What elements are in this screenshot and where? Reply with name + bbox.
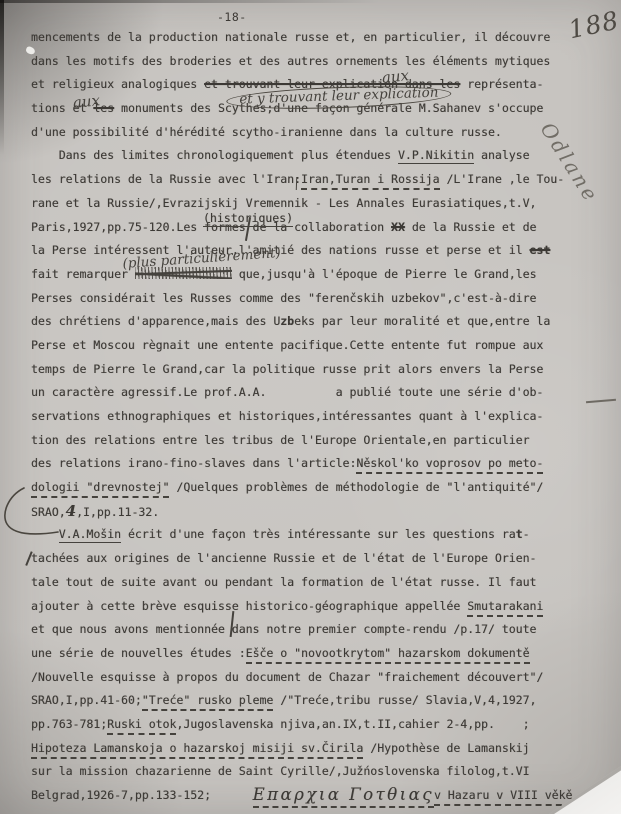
handwritten-aux-1: aux [381, 66, 410, 87]
text-line-14: Perse et Moscou règnait une entente paci… [31, 334, 606, 358]
folio-number: 188 [566, 5, 621, 44]
page-number: -18- [217, 10, 247, 24]
text-line-13: des chrétiens d'apparence,mais des Uzbek… [31, 310, 606, 334]
text-line-6: Dans des limites chronologiquement plus … [31, 144, 606, 168]
scanned-page: -18- mencements de la production nationa… [0, 0, 621, 814]
text-line-22: V.A.Mošin écrit d'une façon très intéres… [31, 523, 606, 547]
text-line-29: SRAO,I,pp.41-60;"Treće" rusko pleme /"Tr… [31, 689, 606, 713]
text-block: mencements de la production nationale ru… [31, 26, 606, 808]
text-line-17: servations ethnographiques et historique… [31, 405, 606, 429]
text-line-15: temps de Pierre le Grand,car la politiqu… [31, 358, 606, 382]
text-line-25: ajouter à cette brève esquisse historico… [31, 595, 606, 619]
text-line-12: Perses considérait les Russes comme des … [31, 287, 606, 311]
text-line-32: sur la mission chazarienne de Saint Cyri… [31, 760, 606, 784]
text-line-8: rane et la Russie/,Evrazijskij Vremennik… [31, 192, 606, 216]
text-line-33: Belgrad,1926-7,pp.133-152; Επαρχια Γοτθι… [31, 784, 606, 808]
text-line-31: Hipoteza Lamanskoja o hazarskoj misiji s… [31, 737, 606, 761]
text-line-20: dologii "drevnostej" /Quelques problèmes… [31, 476, 606, 500]
text-line-16: un caractère agressif.Le prof.A.A. a pub… [31, 381, 606, 405]
text-line-7: les relations de la Russie avec l'Iran:I… [31, 168, 606, 192]
text-line-11: fait remarquer que,jusqu'à l'époque de P… [31, 263, 606, 287]
text-line-28: /Nouvelle esquisse à propos du document … [31, 666, 606, 690]
text-line-21: SRAO,4,I,pp.11-32. [31, 500, 606, 524]
text-line-24: tale tout de suite avant ou pendant la f… [31, 571, 606, 595]
text-line-18: tion des relations entre les tribus de l… [31, 429, 606, 453]
text-line-23: tachées aux origines de l'ancienne Russi… [31, 547, 606, 571]
text-line-9: Paris,1927,pp.75-120.Les formes de la co… [31, 216, 606, 240]
handwritten-aux-2: aux [72, 91, 101, 112]
text-line-10: la Perse intéressent l'auteur,l'amitié d… [31, 239, 606, 263]
margin-curve-mark [0, 480, 70, 550]
page-edge-shadow-top [0, 0, 380, 3]
text-line-1: mencements de la production nationale ru… [31, 26, 606, 50]
text-line-19: des relations irano-fino-slaves dans l'a… [31, 452, 606, 476]
text-line-2: dans les motifs des broderies et des aut… [31, 50, 606, 74]
page-edge-shadow-left [0, 0, 4, 155]
text-line-27: une série de nouvelles études :Ešče o "n… [31, 642, 606, 666]
text-line-26: et que nous avons mentionnée dans notre … [31, 618, 606, 642]
text-line-30: pp.763-781;Ruski otok,Jugoslavenska njiv… [31, 713, 606, 737]
text-line-5: d'une possibilité d'hérédité scytho-iran… [31, 121, 606, 145]
